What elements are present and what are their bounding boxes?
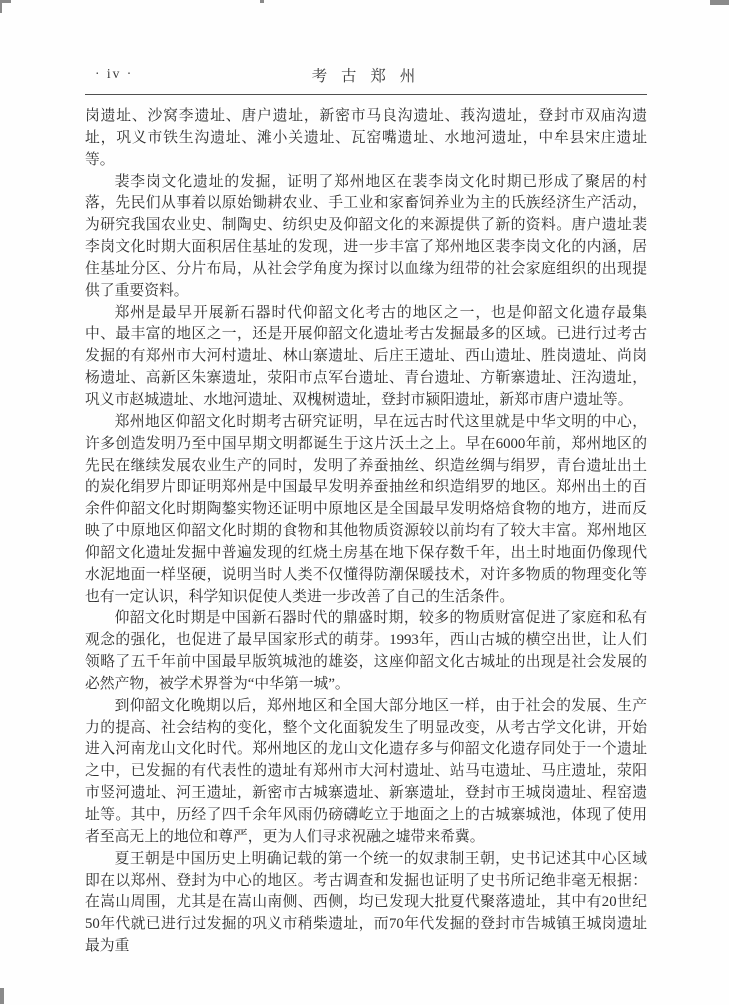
book-page: · iv · 考 古 郑 州 岗遗址、沙窝李遗址、唐户遗址，新密市马良沟遗址、莪… [0, 0, 729, 1005]
body-paragraph: 到仰韶文化晚期以后，郑州地区和全国大部分地区一样，由于社会的发展、生产力的提高、… [85, 696, 647, 849]
body-paragraph: 夏王朝是中国历史上明确记载的第一个统一的奴隶制王朝，史书记述其中心区域即在以郑州… [85, 849, 647, 958]
scan-artifact-top-center [260, 0, 264, 3]
scan-artifact-top-right [710, 0, 729, 5]
body-paragraph-continuation: 岗遗址、沙窝李遗址、唐户遗址，新密市马良沟遗址、莪沟遗址，登封市双庙沟遗址，巩义… [85, 106, 647, 172]
running-title: 考 古 郑 州 [85, 64, 647, 86]
body-paragraph: 郑州是最早开展新石器时代仰韶文化考古的地区之一，也是仰韶文化遗存最集中、最丰富的… [85, 303, 647, 412]
body-text: 岗遗址、沙窝李遗址、唐户遗址，新密市马良沟遗址、莪沟遗址，登封市双庙沟遗址，巩义… [85, 106, 647, 958]
body-paragraph: 仰韶文化时期是中国新石器时代的鼎盛时期，较多的物质财富促进了家庭和私有观念的强化… [85, 608, 647, 695]
body-paragraph: 郑州地区仰韶文化时期考古研究证明，早在远古时代这里就是中华文明的中心，许多创造发… [85, 412, 647, 609]
scan-artifact-bottom-left [0, 988, 4, 1004]
body-paragraph: 裴李岗文化遗址的发掘，证明了郑州地区在裴李岗文化时期已形成了聚居的村落，先民们从… [85, 172, 647, 303]
header-rule [85, 94, 647, 95]
scan-artifact-top-left [0, 0, 11, 13]
